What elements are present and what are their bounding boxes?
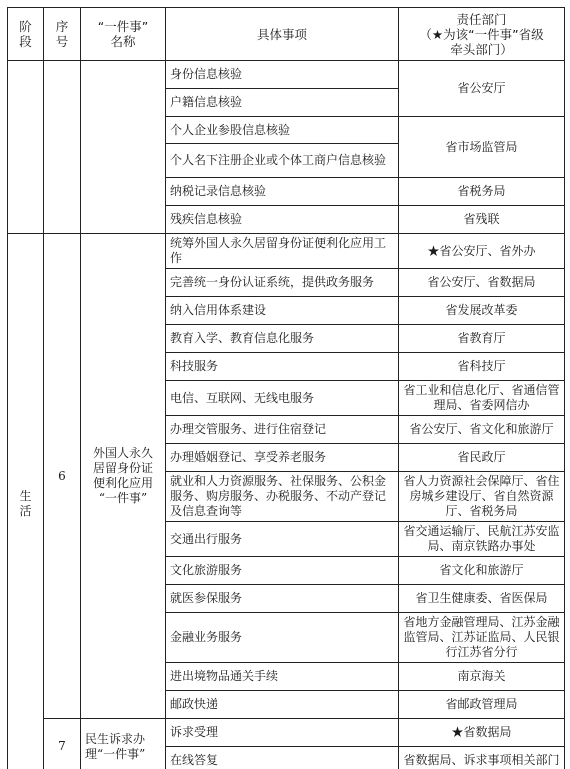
- dept-cell: 省数据局、诉求事项相关部门: [399, 747, 565, 769]
- responsibility-table: 阶段 序号 “一件事”名称 具体事项 责任部门（★为该“一件事”省级牵头部门） …: [7, 7, 565, 769]
- header-name-line: 名称: [85, 34, 161, 49]
- item-cell: 科技服务: [166, 353, 399, 381]
- header-stage: 阶段: [8, 8, 44, 61]
- header-row: 阶段 序号 “一件事”名称 具体事项 责任部门（★为该“一件事”省级牵头部门）: [8, 8, 565, 61]
- dept-cell: 省地方金融管理局、江苏金融监管局、江苏证监局、人民银行江苏省分行: [399, 613, 565, 663]
- dept-cell: 省残联: [399, 206, 565, 234]
- header-seq: 序号: [44, 8, 81, 61]
- item-cell: 在线答复: [166, 747, 399, 769]
- dept-cell: ★省公安厅、省外办: [399, 234, 565, 269]
- header-name: “一件事”名称: [81, 8, 166, 61]
- item-cell: 个人企业参股信息核验: [166, 117, 399, 144]
- item-cell: 邮政快递: [166, 691, 399, 719]
- name-cell-empty: [81, 61, 166, 234]
- dept-cell: 省公安厅、省文化和旅游厅: [399, 416, 565, 444]
- dept-cell: ★省数据局: [399, 719, 565, 747]
- dept-cell: 省公安厅、省数据局: [399, 269, 565, 297]
- name-line: 民生诉求办: [85, 732, 161, 747]
- table-row: 身份信息核验 省公安厅: [8, 61, 565, 89]
- item-cell: 就医参保服务: [166, 585, 399, 613]
- header-dept: 责任部门（★为该“一件事”省级牵头部门）: [399, 8, 565, 61]
- seq-cell-empty: [44, 61, 81, 234]
- dept-cell: 省市场监管局: [399, 117, 565, 178]
- stage-cell-empty: [8, 61, 44, 234]
- dept-cell: 省卫生健康委、省医保局: [399, 585, 565, 613]
- item-cell: 金融业务服务: [166, 613, 399, 663]
- item-cell: 办理婚姻登记、享受养老服务: [166, 444, 399, 472]
- item-cell: 教育入学、教育信息化服务: [166, 325, 399, 353]
- dept-cell: 省民政厅: [399, 444, 565, 472]
- header-dept-line: 牵头部门）: [403, 42, 560, 57]
- item-cell: 残疾信息核验: [166, 206, 399, 234]
- item-cell: 身份信息核验: [166, 61, 399, 89]
- seq-cell: 6: [44, 234, 81, 719]
- header-dept-line: 责任部门: [403, 12, 560, 27]
- item-cell: 办理交管服务、进行住宿登记: [166, 416, 399, 444]
- header-seq-line: 序: [48, 19, 76, 34]
- item-cell: 进出境物品通关手续: [166, 663, 399, 691]
- dept-cell: 省人力资源社会保障厅、省住房城乡建设厅、省自然资源厅、省税务局: [399, 472, 565, 522]
- item-cell: 纳入信用体系建设: [166, 297, 399, 325]
- name-line: 居留身份证: [85, 461, 161, 476]
- dept-cell: 省科技厅: [399, 353, 565, 381]
- item-cell: 户籍信息核验: [166, 89, 399, 117]
- item-cell: 纳税记录信息核验: [166, 178, 399, 206]
- dept-cell: 省公安厅: [399, 61, 565, 117]
- header-stage-line: 段: [12, 34, 39, 49]
- item-cell: 电信、互联网、无线电服务: [166, 381, 399, 416]
- item-cell: 诉求受理: [166, 719, 399, 747]
- item-cell: 个人名下注册企业或个体工商户信息核验: [166, 144, 399, 178]
- item-cell: 统筹外国人永久居留身份证便利化应用工作: [166, 234, 399, 269]
- dept-cell: 省工业和信息化厅、省通信管理局、省委网信办: [399, 381, 565, 416]
- dept-cell: 南京海关: [399, 663, 565, 691]
- name-line: 外国人永久: [85, 446, 161, 461]
- dept-cell: 省交通运输厅、民航江苏安监局、南京铁路办事处: [399, 522, 565, 557]
- dept-cell: 省邮政管理局: [399, 691, 565, 719]
- item-cell: 文化旅游服务: [166, 557, 399, 585]
- name-line: 便利化应用: [85, 476, 161, 491]
- stage-cell: 生活: [8, 234, 44, 769]
- item-cell: 交通出行服务: [166, 522, 399, 557]
- table-row: 7 民生诉求办理“一件事” 诉求受理 ★省数据局: [8, 719, 565, 747]
- item-cell: 就业和人力资源服务、社保服务、公积金服务、购房服务、办税服务、不动产登记及信息查…: [166, 472, 399, 522]
- name-line: 理“一件事”: [85, 747, 161, 762]
- dept-cell: 省文化和旅游厅: [399, 557, 565, 585]
- name-line: “一件事”: [85, 491, 161, 506]
- stage-char: 活: [12, 504, 39, 519]
- header-seq-line: 号: [48, 34, 76, 49]
- header-item: 具体事项: [166, 8, 399, 61]
- stage-char: 生: [12, 489, 39, 504]
- dept-cell: 省教育厅: [399, 325, 565, 353]
- table-row: 生活 6 外国人永久居留身份证便利化应用“一件事” 统筹外国人永久居留身份证便利…: [8, 234, 565, 269]
- name-cell: 民生诉求办理“一件事”: [81, 719, 166, 769]
- header-dept-line: （★为该“一件事”省级: [403, 27, 560, 42]
- dept-cell: 省发展改革委: [399, 297, 565, 325]
- dept-cell: 省税务局: [399, 178, 565, 206]
- header-stage-line: 阶: [12, 19, 39, 34]
- name-cell: 外国人永久居留身份证便利化应用“一件事”: [81, 234, 166, 719]
- seq-cell: 7: [44, 719, 81, 769]
- header-name-line: “一件事”: [85, 19, 161, 34]
- item-cell: 完善统一身份认证系统，提供政务服务: [166, 269, 399, 297]
